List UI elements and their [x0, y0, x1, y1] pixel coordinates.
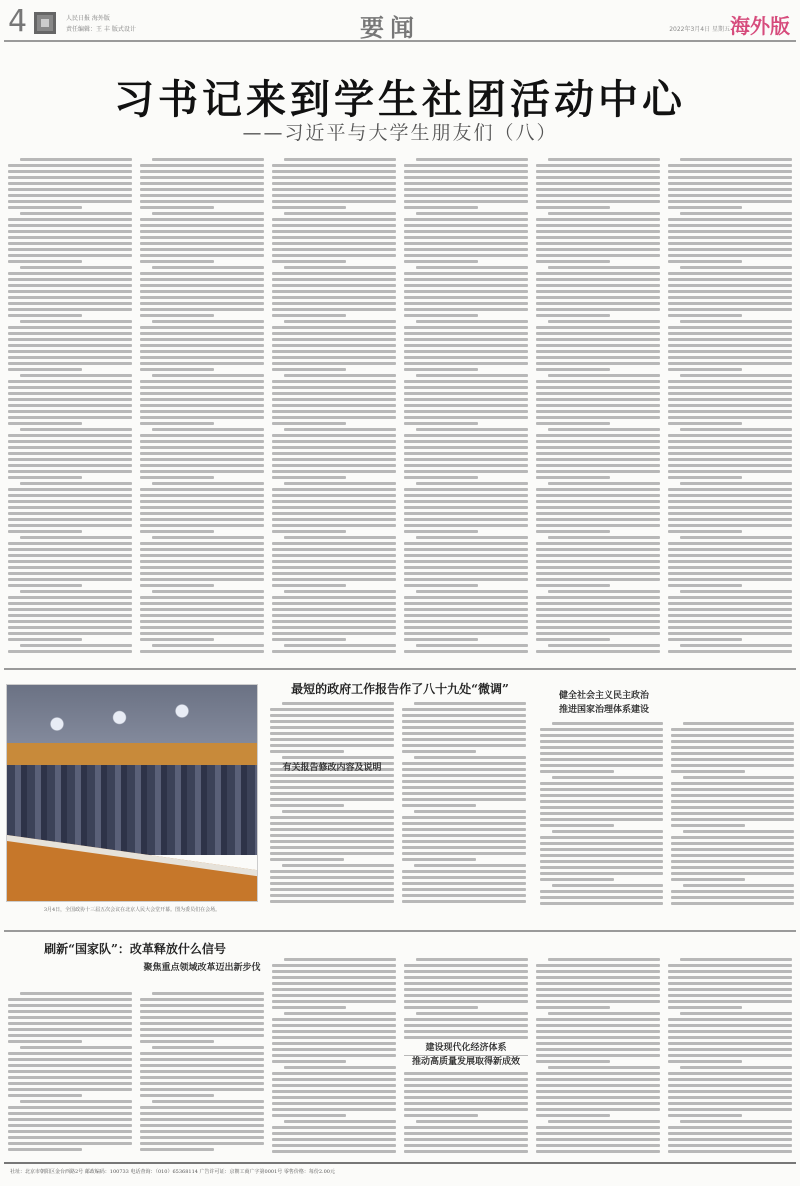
text-line	[140, 188, 264, 191]
text-line	[404, 638, 478, 641]
text-line	[671, 836, 794, 839]
text-line	[140, 392, 264, 395]
text-line	[671, 764, 794, 767]
text-line	[404, 1108, 528, 1111]
text-line	[668, 524, 792, 527]
text-line	[140, 326, 264, 329]
text-line	[272, 308, 396, 311]
article-column	[270, 702, 394, 912]
text-line	[8, 1142, 132, 1145]
text-line	[152, 374, 264, 377]
text-line	[140, 434, 264, 437]
text-line	[540, 872, 663, 875]
text-line	[668, 452, 792, 455]
text-line	[668, 302, 792, 305]
text-line	[671, 878, 745, 881]
text-line	[270, 720, 394, 723]
text-line	[282, 702, 394, 705]
text-line	[404, 356, 528, 359]
text-line	[270, 804, 344, 807]
text-line	[668, 290, 792, 293]
text-line	[668, 1126, 792, 1129]
issue-date: 2022年3月4日 星期五	[669, 24, 730, 33]
text-line	[540, 902, 663, 905]
text-line	[272, 350, 396, 353]
text-line	[683, 830, 794, 833]
text-line	[8, 1106, 132, 1109]
text-line	[140, 1106, 264, 1109]
text-line	[20, 428, 132, 431]
text-line	[536, 1090, 660, 1093]
text-line	[140, 548, 264, 551]
text-line	[140, 500, 264, 503]
text-line	[140, 422, 214, 425]
text-line	[671, 752, 794, 755]
text-line	[8, 302, 132, 305]
text-line	[668, 1144, 792, 1147]
article-column	[140, 958, 264, 1158]
text-line	[404, 530, 478, 533]
text-line	[8, 440, 132, 443]
text-line	[404, 284, 528, 287]
text-line	[272, 446, 396, 449]
text-line	[536, 404, 660, 407]
text-line	[272, 970, 396, 973]
text-line	[8, 1034, 132, 1037]
text-line	[668, 1060, 742, 1063]
text-line	[8, 332, 132, 335]
text-line	[140, 230, 264, 233]
text-line	[668, 326, 792, 329]
text-line	[140, 1094, 214, 1097]
text-line	[536, 332, 660, 335]
text-line	[404, 982, 528, 985]
text-line	[402, 876, 526, 879]
text-line	[8, 1022, 132, 1025]
article-column	[272, 158, 396, 660]
text-line	[270, 792, 394, 795]
text-line	[140, 1142, 264, 1145]
text-line	[8, 560, 132, 563]
text-line	[404, 362, 528, 365]
text-line	[668, 182, 792, 185]
text-line	[536, 982, 660, 985]
text-line	[152, 482, 264, 485]
text-line	[8, 404, 132, 407]
text-line	[152, 266, 264, 269]
text-line	[8, 650, 132, 653]
text-line	[404, 578, 528, 581]
text-line	[272, 1006, 346, 1009]
text-line	[668, 1090, 792, 1093]
text-line	[668, 1036, 792, 1039]
text-line	[140, 602, 264, 605]
text-line	[668, 578, 792, 581]
text-line	[8, 176, 132, 179]
text-line	[548, 320, 660, 323]
text-line	[402, 786, 526, 789]
text-line	[8, 1130, 132, 1133]
text-line	[140, 584, 214, 587]
text-line	[402, 828, 526, 831]
text-line	[536, 638, 610, 641]
text-line	[668, 1114, 742, 1117]
text-line	[671, 866, 794, 869]
text-line	[668, 572, 792, 575]
text-line	[536, 338, 660, 341]
text-line	[548, 958, 660, 961]
text-line	[668, 440, 792, 443]
text-line	[404, 392, 528, 395]
text-line	[140, 1022, 264, 1025]
text-line	[8, 164, 132, 167]
text-line	[20, 374, 132, 377]
text-line	[540, 818, 663, 821]
text-line	[140, 416, 264, 419]
text-line	[536, 476, 610, 479]
text-line	[540, 728, 663, 731]
text-line	[668, 368, 742, 371]
masthead-small-line: 人民日报 海外版	[66, 13, 110, 22]
text-line	[404, 476, 478, 479]
text-line	[8, 548, 132, 551]
text-line	[8, 206, 82, 209]
text-line	[668, 650, 792, 653]
text-line	[536, 182, 660, 185]
text-line	[668, 518, 792, 521]
text-line	[270, 726, 394, 729]
text-line	[536, 440, 660, 443]
text-line	[536, 1036, 660, 1039]
text-line	[668, 416, 792, 419]
main-headline: 习书记来到学生社团活动中心	[0, 68, 800, 125]
text-line	[8, 602, 132, 605]
text-line	[404, 278, 528, 281]
text-line	[536, 410, 660, 413]
text-line	[668, 380, 792, 383]
text-line	[272, 1024, 396, 1027]
text-line	[668, 200, 792, 203]
text-line	[140, 1028, 264, 1031]
text-line	[668, 188, 792, 191]
text-line	[140, 296, 264, 299]
text-line	[402, 834, 526, 837]
right-article-headline-line1: 健全社会主义民主政治	[540, 690, 668, 703]
text-line	[668, 602, 792, 605]
text-line	[270, 840, 394, 843]
text-line	[536, 650, 660, 653]
text-line	[668, 344, 792, 347]
text-line	[536, 1072, 660, 1075]
text-line	[272, 1042, 396, 1045]
text-line	[8, 584, 82, 587]
text-line	[668, 272, 792, 275]
text-line	[668, 434, 792, 437]
text-line	[416, 536, 528, 539]
text-line	[404, 206, 478, 209]
text-line	[8, 1028, 132, 1031]
text-line	[680, 1120, 792, 1123]
text-line	[8, 218, 132, 221]
text-line	[8, 344, 132, 347]
text-line	[140, 224, 264, 227]
text-line	[402, 780, 526, 783]
text-line	[272, 572, 396, 575]
text-line	[404, 176, 528, 179]
text-line	[20, 482, 132, 485]
text-line	[404, 512, 528, 515]
text-line	[8, 1136, 132, 1139]
text-line	[536, 248, 660, 251]
text-line	[8, 1148, 82, 1151]
text-line	[140, 518, 264, 521]
text-line	[540, 836, 663, 839]
text-line	[140, 200, 264, 203]
text-line	[404, 350, 528, 353]
inner-headline-line2: 推动高质量发展取得新成效	[398, 1056, 534, 1069]
text-line	[668, 1108, 792, 1111]
text-line	[152, 644, 264, 647]
text-line	[548, 1066, 660, 1069]
text-line	[668, 1078, 792, 1081]
text-line	[536, 500, 660, 503]
text-line	[536, 1126, 660, 1129]
text-line	[536, 398, 660, 401]
text-line	[8, 620, 132, 623]
text-line	[671, 770, 745, 773]
text-line	[404, 218, 528, 221]
text-line	[272, 272, 396, 275]
text-line	[668, 1006, 742, 1009]
article-column	[404, 158, 528, 660]
text-line	[536, 362, 660, 365]
text-line	[20, 992, 132, 995]
text-line	[8, 1094, 82, 1097]
text-line	[404, 416, 528, 419]
text-line	[552, 722, 663, 725]
text-line	[140, 1004, 264, 1007]
text-line	[20, 266, 132, 269]
text-line	[272, 170, 396, 173]
text-line	[272, 440, 396, 443]
text-line	[140, 314, 214, 317]
text-line	[680, 428, 792, 431]
text-line	[683, 722, 794, 725]
text-line	[272, 248, 396, 251]
text-line	[272, 1030, 396, 1033]
text-line	[284, 266, 396, 269]
text-line	[536, 614, 660, 617]
photo-caption: 3月4日，全国政协十三届五次会议在北京人民大会堂开幕。图为委员们在会场。	[6, 906, 258, 913]
text-line	[402, 738, 526, 741]
text-line	[536, 530, 610, 533]
text-line	[272, 994, 396, 997]
text-line	[282, 810, 394, 813]
text-line	[270, 786, 394, 789]
text-line	[404, 398, 528, 401]
text-line	[404, 308, 528, 311]
text-line	[8, 236, 132, 239]
text-line	[680, 374, 792, 377]
text-line	[272, 206, 346, 209]
text-line	[270, 900, 394, 903]
text-line	[536, 416, 660, 419]
text-line	[8, 500, 132, 503]
newspaper-logo: 海外版	[730, 10, 790, 39]
text-line	[404, 964, 528, 967]
text-line	[270, 744, 394, 747]
text-line	[416, 266, 528, 269]
text-line	[404, 620, 528, 623]
text-line	[668, 638, 742, 641]
text-line	[668, 314, 742, 317]
text-line	[416, 644, 528, 647]
text-line	[536, 1102, 660, 1105]
text-line	[404, 446, 528, 449]
text-line	[272, 416, 396, 419]
main-subheadline: ——习近平与大学生朋友们（八）	[0, 118, 800, 145]
text-line	[548, 374, 660, 377]
text-line	[668, 236, 792, 239]
text-line	[272, 614, 396, 617]
text-line	[8, 578, 132, 581]
text-line	[402, 846, 526, 849]
text-line	[552, 830, 663, 833]
text-line	[20, 158, 132, 161]
text-line	[140, 530, 214, 533]
text-line	[140, 350, 264, 353]
text-line	[404, 488, 528, 491]
text-line	[140, 278, 264, 281]
section-divider	[4, 668, 796, 670]
text-line	[404, 1096, 528, 1099]
text-line	[536, 200, 660, 203]
text-line	[536, 254, 660, 257]
text-line	[404, 494, 528, 497]
text-line	[8, 392, 132, 395]
text-line	[668, 206, 742, 209]
text-line	[671, 902, 794, 905]
text-line	[272, 236, 396, 239]
text-line	[668, 554, 792, 557]
text-line	[272, 1000, 396, 1003]
text-line	[404, 1084, 528, 1087]
text-line	[536, 524, 660, 527]
text-line	[536, 964, 660, 967]
article-column	[668, 958, 792, 1158]
text-line	[668, 362, 792, 365]
text-line	[668, 176, 792, 179]
text-line	[671, 782, 794, 785]
article-column	[402, 702, 526, 912]
text-line	[272, 470, 396, 473]
text-line	[416, 482, 528, 485]
text-line	[671, 824, 745, 827]
text-line	[272, 434, 396, 437]
text-line	[416, 212, 528, 215]
text-line	[416, 590, 528, 593]
text-line	[671, 788, 794, 791]
text-line	[404, 518, 528, 521]
text-line	[536, 488, 660, 491]
text-line	[680, 958, 792, 961]
text-line	[152, 320, 264, 323]
text-line	[402, 888, 526, 891]
text-line	[8, 356, 132, 359]
text-line	[404, 1030, 528, 1033]
text-line	[8, 1016, 132, 1019]
text-line	[8, 254, 132, 257]
text-line	[404, 632, 528, 635]
text-line	[680, 644, 792, 647]
text-line	[140, 380, 264, 383]
text-line	[404, 524, 528, 527]
text-line	[536, 1108, 660, 1111]
text-line	[404, 584, 478, 587]
page-number: 4	[8, 6, 27, 38]
text-line	[8, 338, 132, 341]
text-line	[536, 602, 660, 605]
text-line	[8, 1124, 132, 1127]
text-line	[536, 296, 660, 299]
text-line	[8, 1010, 132, 1013]
text-line	[536, 380, 660, 383]
text-line	[8, 998, 132, 1001]
text-line	[272, 988, 396, 991]
text-line	[548, 212, 660, 215]
text-line	[272, 218, 396, 221]
text-line	[404, 566, 528, 569]
text-line	[272, 494, 396, 497]
text-line	[152, 992, 264, 995]
text-line	[536, 326, 660, 329]
text-line	[404, 314, 478, 317]
text-line	[536, 1042, 660, 1045]
text-line	[414, 702, 526, 705]
text-line	[540, 896, 663, 899]
text-line	[536, 560, 660, 563]
text-line	[272, 1144, 396, 1147]
text-line	[404, 182, 528, 185]
inner-headline-line1: 建设现代化经济体系	[398, 1042, 534, 1055]
article-column	[540, 722, 663, 912]
text-line	[668, 1096, 792, 1099]
text-line	[8, 458, 132, 461]
text-line	[668, 404, 792, 407]
text-line	[140, 1058, 264, 1061]
text-line	[668, 542, 792, 545]
text-line	[536, 206, 610, 209]
text-line	[540, 764, 663, 767]
text-line	[140, 386, 264, 389]
text-line	[140, 302, 264, 305]
text-line	[404, 970, 528, 973]
text-line	[8, 1076, 132, 1079]
text-line	[536, 302, 660, 305]
text-line	[8, 350, 132, 353]
text-line	[8, 614, 132, 617]
text-line	[140, 176, 264, 179]
text-line	[404, 464, 528, 467]
text-line	[536, 284, 660, 287]
text-line	[272, 1072, 396, 1075]
text-line	[270, 780, 394, 783]
text-line	[8, 1118, 132, 1121]
text-line	[404, 290, 528, 293]
text-line	[404, 560, 528, 563]
text-line	[402, 774, 526, 777]
text-line	[414, 756, 526, 759]
